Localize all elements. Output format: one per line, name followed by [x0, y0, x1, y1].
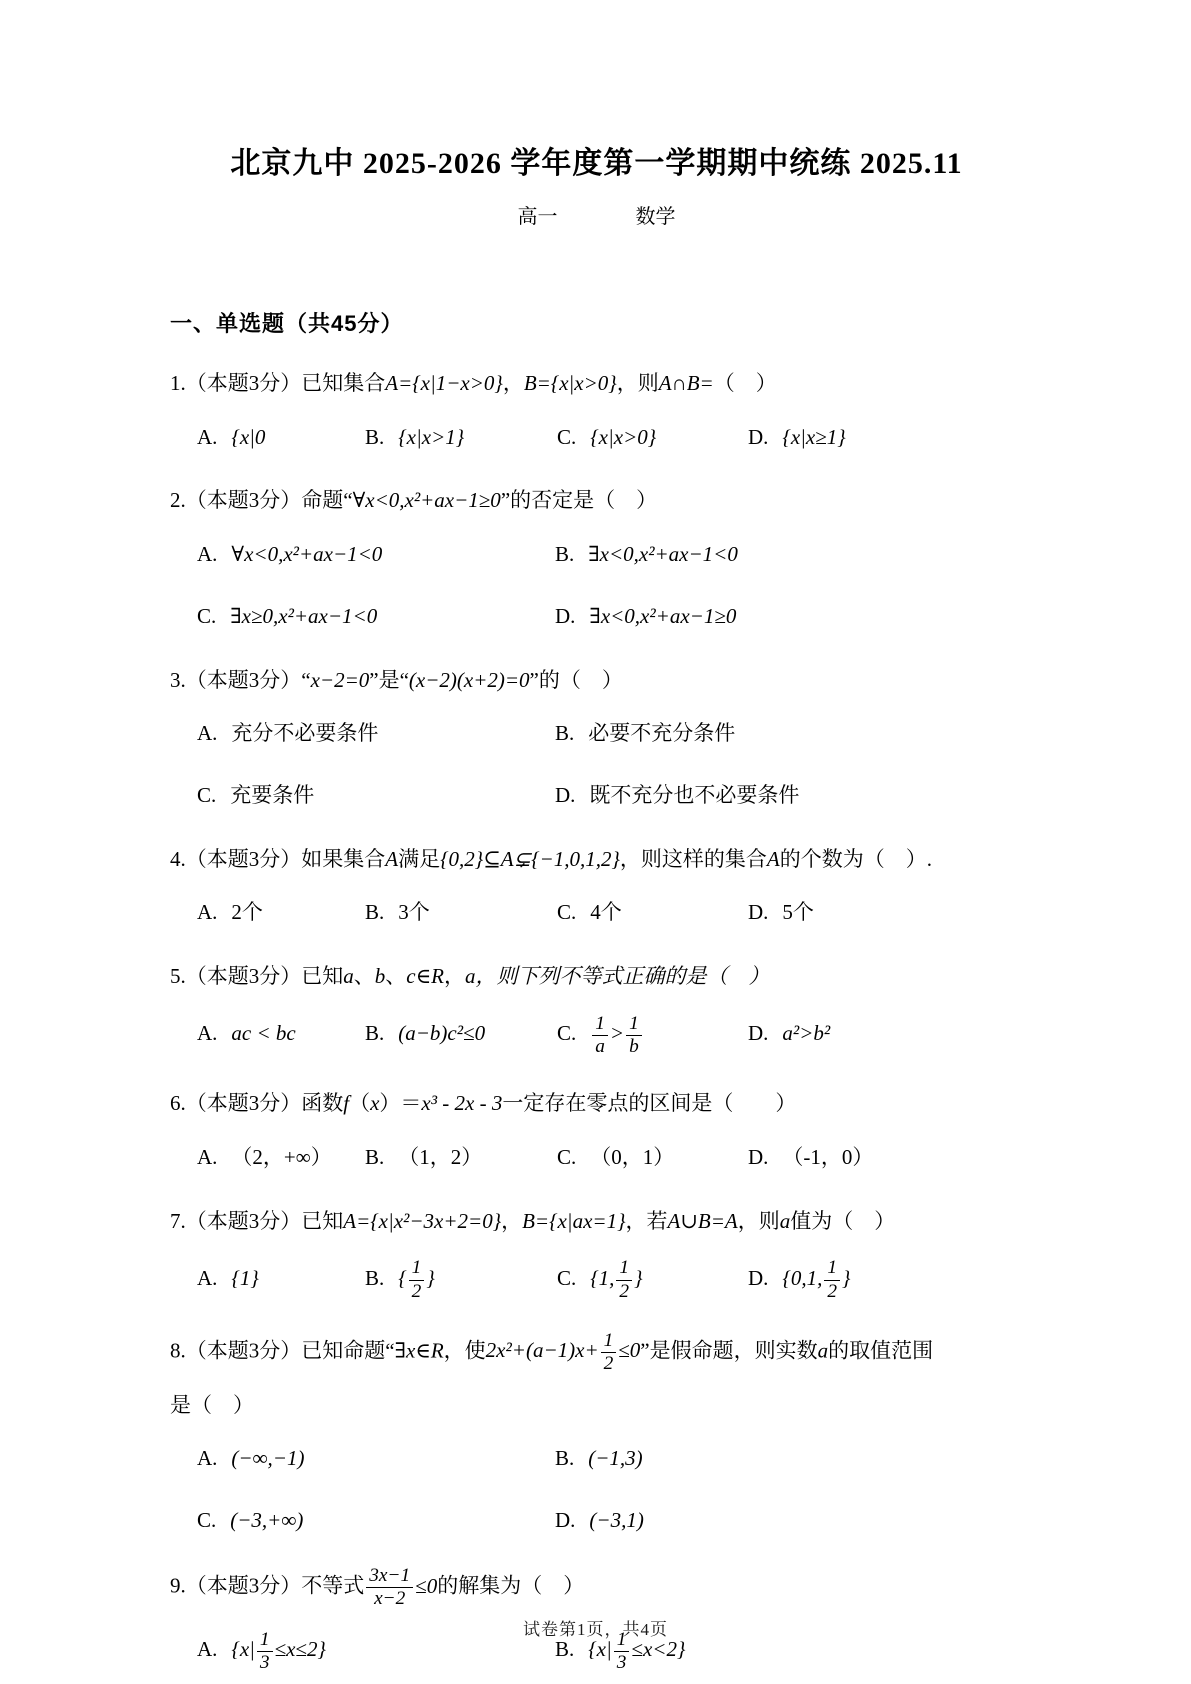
option-a: A.2个: [197, 895, 365, 931]
option-b: B.{12}: [365, 1257, 557, 1302]
option-c: C.{1,12}: [557, 1257, 748, 1302]
option-c: C.4个: [557, 895, 748, 931]
option-label: A.: [197, 1266, 217, 1290]
option-label: C.: [197, 783, 216, 807]
option-label: B.: [365, 425, 384, 449]
question-5-stem: 5.（本题3分）已知a、b、c∈R，a，则下列不等式正确的是（ ）: [170, 958, 1023, 995]
option-label: C.: [557, 1266, 576, 1290]
option-math: {x|x>1}: [398, 425, 464, 449]
option-label: A.: [197, 542, 217, 566]
option-c: C.1a>1b: [557, 1013, 748, 1058]
option-label: A.: [197, 425, 217, 449]
option-b: B.（1，2）: [365, 1140, 557, 1176]
option-label: C.: [197, 1508, 216, 1532]
option-label: B.: [555, 542, 574, 566]
question-6-options: A.（2，+∞） B.（1，2） C.（0，1） D.（-1，0）: [197, 1140, 1023, 1176]
exam-grade: 高一: [518, 200, 558, 229]
option-label: C.: [557, 1145, 576, 1169]
option-label: C.: [557, 900, 576, 924]
option-b: B.必要不充分条件: [555, 716, 1023, 752]
option-math: (−3,+∞): [230, 1508, 303, 1532]
option-label: D.: [748, 1266, 768, 1290]
option-label: D.: [555, 604, 575, 628]
option-math: （0，1）: [590, 1145, 674, 1169]
option-math: 5个: [782, 900, 814, 924]
question-5-options: A.ac < bc B.(a−b)c²≤0 C.1a>1b D.a²>b²: [197, 1013, 1023, 1058]
option-math: ac < bc: [231, 1021, 295, 1045]
option-c: C.∃x≥0,x²+ax−1<0: [197, 599, 555, 635]
option-math: ∃x<0,x²+ax−1≥0: [589, 604, 736, 628]
option-math: {x|13≤x<2}: [588, 1637, 685, 1661]
option-c: C.（0，1）: [557, 1140, 748, 1176]
question-4-stem: 4.（本题3分）如果集合A满足{0,2}⊆A⊊{−1,0,1,2}，则这样的集合…: [170, 841, 1023, 878]
section-heading: 一、单选题（共45分）: [170, 307, 1023, 338]
option-c: C.充要条件: [197, 778, 555, 814]
question-1-options: A.{x|0 B.{x|x>1} C.{x|x>0} D.{x|x≥1}: [197, 420, 1023, 456]
exam-page: { "page": { "title": "北京九中 2025-2026 学年度…: [0, 0, 1191, 1684]
option-math: 3个: [398, 900, 430, 924]
question-8: 8.（本题3分）已知命题“∃x∈R，使2x²+(a−1)x+12≤0”是假命题，…: [170, 1330, 1023, 1538]
question-8-stem: 8.（本题3分）已知命题“∃x∈R，使2x²+(a−1)x+12≤0”是假命题，…: [170, 1330, 1023, 1375]
option-math: (−3,1): [589, 1508, 643, 1532]
option-math: {x|x>0}: [590, 425, 656, 449]
question-2-options: A.∀x<0,x²+ax−1<0 B.∃x<0,x²+ax−1<0 C.∃x≥0…: [197, 537, 1023, 634]
option-math: {x|13≤x≤2}: [231, 1637, 325, 1661]
question-3: 3.（本题3分）“x−2=0”是“(x−2)(x+2)=0”的（ ） A.充分不…: [170, 662, 1023, 814]
option-d: D.∃x<0,x²+ax−1≥0: [555, 599, 1023, 635]
question-2-stem: 2.（本题3分）命题“∀x<0,x²+ax−1≥0”的否定是（ ）: [170, 482, 1023, 519]
question-9-stem: 9.（本题3分）不等式3x−1x−2≤0的解集为（ ）: [170, 1565, 1023, 1610]
option-d: D.5个: [748, 895, 1023, 931]
option-label: D.: [555, 1508, 575, 1532]
question-3-stem: 3.（本题3分）“x−2=0”是“(x−2)(x+2)=0”的（ ）: [170, 662, 1023, 699]
option-b: B.∃x<0,x²+ax−1<0: [555, 537, 1023, 573]
option-a: A.(−∞,−1): [197, 1441, 555, 1477]
option-math: 2个: [231, 900, 263, 924]
option-d: D.既不充分也不必要条件: [555, 778, 1023, 814]
option-label: B.: [555, 1637, 574, 1661]
option-label: D.: [555, 783, 575, 807]
option-label: A.: [197, 1145, 217, 1169]
option-label: D.: [748, 900, 768, 924]
option-label: D.: [748, 1021, 768, 1045]
exam-subject: 数学: [636, 200, 676, 229]
option-label: A.: [197, 1446, 217, 1470]
option-a: A.{x|0: [197, 420, 365, 456]
option-math: (−∞,−1): [231, 1446, 304, 1470]
option-math: 充要条件: [230, 783, 314, 807]
option-math: {12}: [398, 1266, 434, 1290]
exam-title: 北京九中 2025-2026 学年度第一学期期中统练 2025.11: [170, 146, 1023, 182]
option-math: 1a>1b: [590, 1021, 643, 1045]
option-math: {1,12}: [590, 1266, 642, 1290]
option-label: C.: [197, 604, 216, 628]
option-label: A.: [197, 721, 217, 745]
option-math: {x|x≥1}: [782, 425, 845, 449]
option-math: 必要不充分条件: [588, 721, 735, 745]
option-a: A.（2，+∞）: [197, 1140, 365, 1176]
question-1: 1.（本题3分）已知集合A={x|1−x>0}，B={x|x>0}，则A∩B=（…: [170, 365, 1023, 455]
option-math: {x|0: [231, 425, 265, 449]
option-label: A.: [197, 1637, 217, 1661]
option-math: (−1,3): [588, 1446, 642, 1470]
option-label: B.: [555, 1446, 574, 1470]
question-1-stem: 1.（本题3分）已知集合A={x|1−x>0}，B={x|x>0}，则A∩B=（…: [170, 365, 1023, 402]
question-8-stem-line2: 是（ ）: [170, 1389, 1023, 1423]
option-math: (a−b)c²≤0: [398, 1021, 485, 1045]
question-2: 2.（本题3分）命题“∀x<0,x²+ax−1≥0”的否定是（ ） A.∀x<0…: [170, 482, 1023, 634]
option-a: A.{1}: [197, 1261, 365, 1297]
option-math: ∀x<0,x²+ax−1<0: [231, 542, 382, 566]
option-math: {1}: [231, 1266, 258, 1290]
option-c: C.(−3,+∞): [197, 1503, 555, 1539]
option-label: B.: [555, 721, 574, 745]
question-3-options: A.充分不必要条件 B.必要不充分条件 C.充要条件 D.既不充分也不必要条件: [197, 716, 1023, 813]
option-a: A.ac < bc: [197, 1016, 365, 1052]
question-7-options: A.{1} B.{12} C.{1,12} D.{0,1,12}: [197, 1257, 1023, 1302]
option-a: A.∀x<0,x²+ax−1<0: [197, 537, 555, 573]
option-d: D.{0,1,12}: [748, 1257, 1023, 1302]
option-a: A.充分不必要条件: [197, 716, 555, 752]
option-math: {0,1,12}: [782, 1266, 850, 1290]
option-b: B.(−1,3): [555, 1441, 1023, 1477]
option-b: B.(a−b)c²≤0: [365, 1016, 557, 1052]
option-d: D.a²>b²: [748, 1016, 1023, 1052]
option-c: C.{x|x>0}: [557, 420, 748, 456]
page-content: 北京九中 2025-2026 学年度第一学期期中统练 2025.11 高一 数学…: [0, 0, 1191, 1674]
option-math: （1，2）: [398, 1145, 482, 1169]
option-label: B.: [365, 1266, 384, 1290]
question-6-stem: 6.（本题3分）函数f（x）＝x³ - 2x - 3一定存在零点的区间是（ ）: [170, 1085, 1023, 1122]
option-label: A.: [197, 1021, 217, 1045]
option-label: C.: [557, 425, 576, 449]
question-7: 7.（本题3分）已知A={x|x²−3x+2=0}，B={x|ax=1}，若A∪…: [170, 1203, 1023, 1303]
question-5: 5.（本题3分）已知a、b、c∈R，a，则下列不等式正确的是（ ） A.ac <…: [170, 958, 1023, 1058]
option-b: B.3个: [365, 895, 557, 931]
question-4-options: A.2个 B.3个 C.4个 D.5个: [197, 895, 1023, 931]
option-math: 既不充分也不必要条件: [589, 783, 799, 807]
option-label: B.: [365, 900, 384, 924]
question-4: 4.（本题3分）如果集合A满足{0,2}⊆A⊊{−1,0,1,2}，则这样的集合…: [170, 841, 1023, 931]
option-math: ∃x≥0,x²+ax−1<0: [230, 604, 377, 628]
option-d: D.{x|x≥1}: [748, 420, 1023, 456]
option-math: a²>b²: [782, 1021, 830, 1045]
option-label: B.: [365, 1145, 384, 1169]
exam-subtitle: 高一 数学: [170, 200, 1023, 229]
option-math: 充分不必要条件: [231, 721, 378, 745]
option-math: （-1，0）: [782, 1145, 873, 1169]
option-label: A.: [197, 900, 217, 924]
option-math: （2，+∞）: [231, 1145, 331, 1169]
option-label: B.: [365, 1021, 384, 1045]
page-footer: 试卷第1页，共4页: [0, 1615, 1191, 1640]
option-b: B.{x|x>1}: [365, 420, 557, 456]
option-d: D.（-1，0）: [748, 1140, 1023, 1176]
option-math: ∃x<0,x²+ax−1<0: [588, 542, 738, 566]
question-8-options: A.(−∞,−1) B.(−1,3) C.(−3,+∞) D.(−3,1): [197, 1441, 1023, 1538]
option-label: C.: [557, 1021, 576, 1045]
option-d: D.(−3,1): [555, 1503, 1023, 1539]
question-7-stem: 7.（本题3分）已知A={x|x²−3x+2=0}，B={x|ax=1}，若A∪…: [170, 1203, 1023, 1240]
question-6: 6.（本题3分）函数f（x）＝x³ - 2x - 3一定存在零点的区间是（ ） …: [170, 1085, 1023, 1175]
option-label: D.: [748, 1145, 768, 1169]
option-math: 4个: [590, 900, 622, 924]
option-label: D.: [748, 425, 768, 449]
